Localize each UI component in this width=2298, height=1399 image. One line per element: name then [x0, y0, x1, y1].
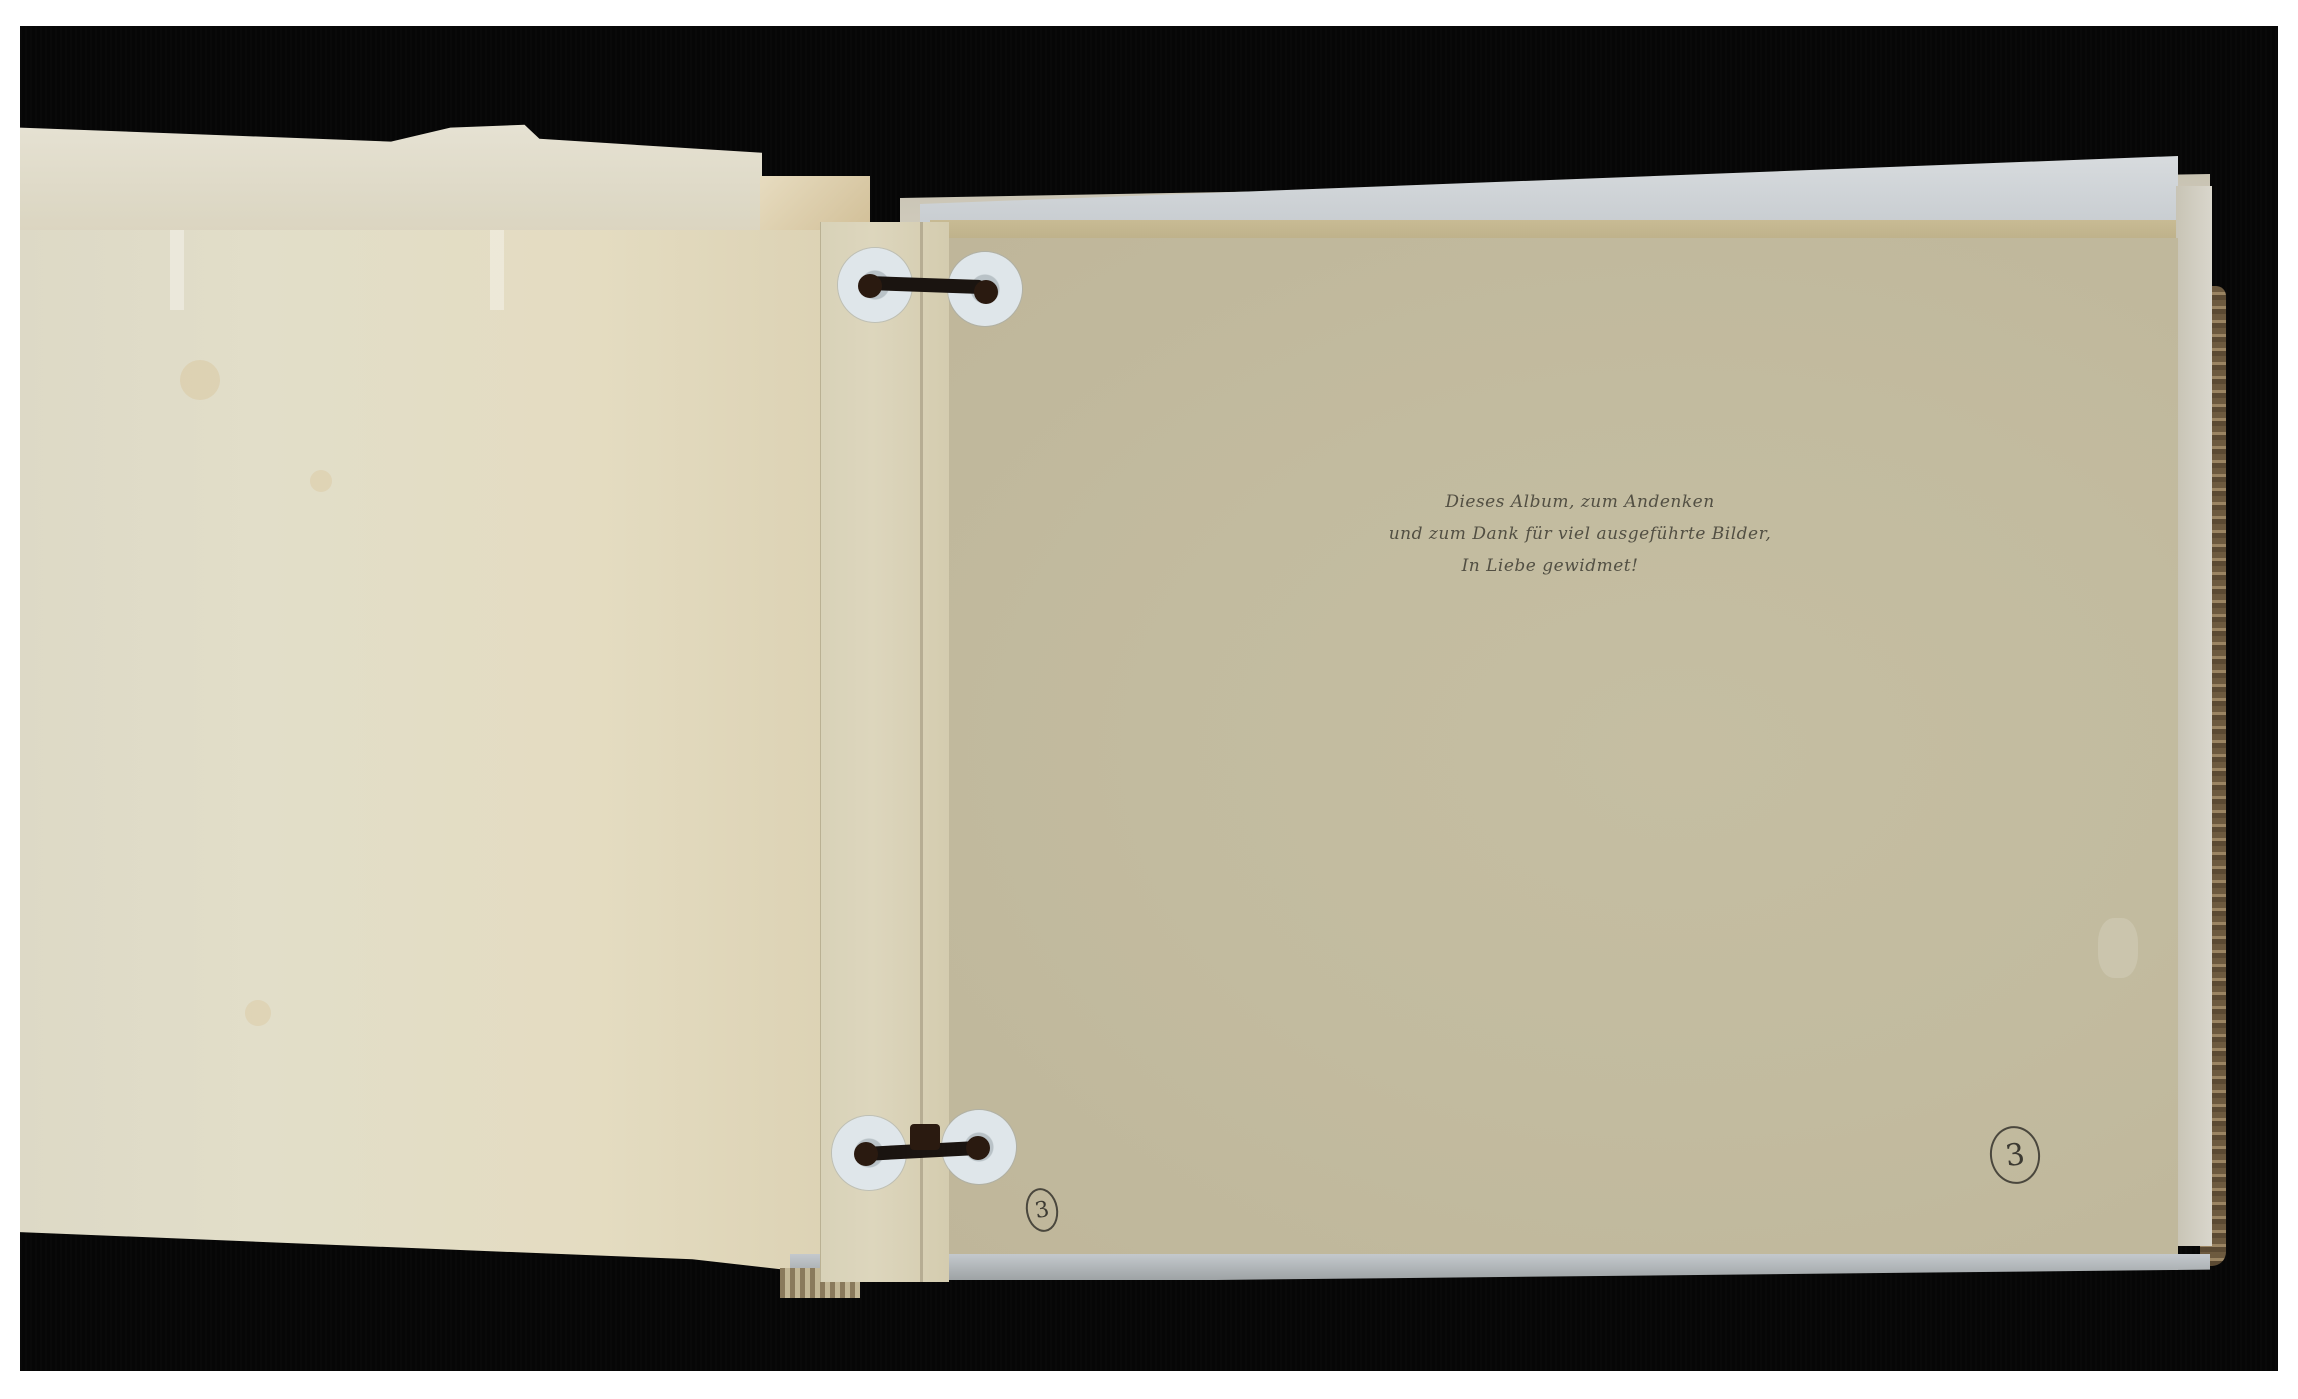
foxing-stain	[310, 470, 332, 492]
foxing-stain	[245, 1000, 271, 1026]
right-stack-edge	[2176, 186, 2212, 1246]
bottom-sheet-edges	[790, 1254, 2210, 1280]
string-knot-icon	[966, 1136, 990, 1160]
handwritten-dedication: Dieses Album, zum Andenken und zum Dank …	[1320, 486, 1840, 582]
string-knot-icon	[910, 1124, 940, 1150]
page-wear-mark	[2098, 918, 2138, 978]
string-knot-icon	[854, 1142, 878, 1166]
right-page	[930, 238, 2178, 1270]
dedication-line-1: Dieses Album, zum Andenken	[1320, 486, 1840, 518]
dedication-line-3: In Liebe gewidmet!	[1320, 550, 1840, 582]
page-crease	[170, 230, 184, 310]
string-knot-icon	[974, 280, 998, 304]
album-photo: Dieses Album, zum Andenken und zum Dank …	[20, 26, 2278, 1371]
dedication-line-2: und zum Dank für viel ausgeführte Bilder…	[1320, 518, 1840, 550]
gutter-fold	[920, 222, 923, 1282]
string-knot-icon	[858, 274, 882, 298]
foxing-stain	[180, 360, 220, 400]
left-page-blank	[20, 230, 840, 1276]
page-crease	[490, 230, 504, 310]
